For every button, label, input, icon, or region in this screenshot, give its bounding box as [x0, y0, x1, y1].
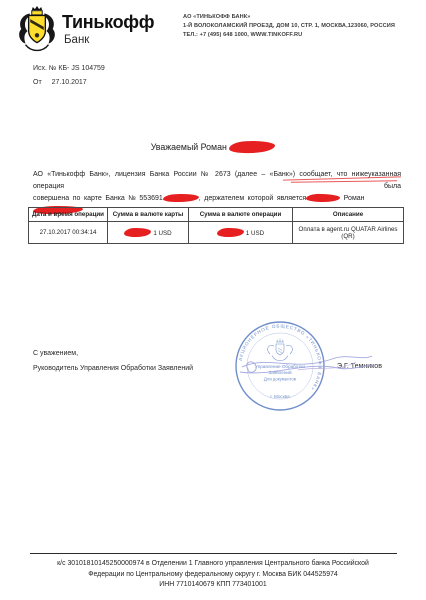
body-line2-seg3: Роман	[340, 195, 364, 202]
greeting-text: Уважаемый Роман	[151, 142, 227, 152]
cell-datetime: 27.10.2017 00:34:14	[29, 222, 108, 244]
bank-address-block: АО «ТИНЬКОФФ БАНК» 1-Й ВОЛОКОЛАМСКИЙ ПРО…	[183, 13, 419, 40]
col-header-datetime: Дата и время операции	[29, 208, 108, 222]
table-row: 27.10.2017 00:34:14 1 USD 1 USD Оплата в…	[29, 222, 404, 244]
footer-line-3: ИНН 7710140679 КПП 773401001	[0, 580, 426, 591]
greeting-line: Уважаемый Роман	[0, 141, 426, 153]
amount-card-value: 1 USD	[153, 230, 171, 237]
handwritten-signature	[238, 346, 378, 386]
ref-date-label: От	[33, 79, 42, 86]
ref-date-value: 27.10.2017	[52, 79, 87, 86]
footer-line-2: Федерации по Центральному федеральному о…	[0, 570, 426, 581]
operation-table: Дата и время операции Сумма в валюте кар…	[28, 207, 404, 244]
ref-date-line: От27.10.2017	[33, 76, 105, 90]
redaction-holder-surname	[306, 194, 340, 203]
cell-amount-card: 1 USD	[108, 222, 189, 244]
address-line-3: ТЕЛ.: +7 (495) 648 1000, WWW.TINKOFF.RU	[183, 31, 419, 40]
col-header-amount-card: Сумма в валюте карты	[108, 208, 189, 222]
tinkoff-crest-logo	[16, 6, 58, 52]
signer-position: Руководитель Управления Обработки Заявле…	[33, 365, 193, 372]
footer-divider	[30, 553, 397, 554]
redaction-amount-card	[124, 228, 151, 237]
stamp-city: г. Москва	[270, 394, 290, 399]
address-line-1: АО «ТИНЬКОФФ БАНК»	[183, 13, 419, 22]
regards-line: С уважением,	[33, 350, 78, 357]
operation-table-head: Дата и время операции Сумма в валюте кар…	[29, 208, 404, 222]
table-header-row: Дата и время операции Сумма в валюте кар…	[29, 208, 404, 222]
amount-operation-value: 1 USD	[246, 230, 264, 237]
footer-line-1: к/с 30101810145250000974 в Отделении 1 Г…	[0, 559, 426, 570]
brand-block: Тинькофф Банк	[62, 12, 154, 46]
col-header-description: Описание	[293, 208, 404, 222]
footer-requisites: к/с 30101810145250000974 в Отделении 1 Г…	[0, 559, 426, 591]
redaction-card-digits	[163, 194, 199, 203]
brand-subtitle: Банк	[64, 34, 154, 46]
brand-title: Тинькофф	[62, 12, 154, 33]
body-line2-seg2: , держателем которой является	[199, 195, 306, 202]
redaction-surname-greeting	[229, 140, 275, 153]
cell-description: Оплата в agent.ru QUATAR Airlines (QR)	[293, 222, 404, 244]
redaction-amount-operation	[217, 228, 244, 237]
col-header-amount-operation: Сумма в валюте операции	[189, 208, 293, 222]
ref-number: Исх. № КБ- JS 104759	[33, 62, 105, 76]
outgoing-ref-block: Исх. № КБ- JS 104759 От27.10.2017	[33, 62, 105, 90]
operation-table-body: 27.10.2017 00:34:14 1 USD 1 USD Оплата в…	[29, 222, 404, 244]
letter-page: Тинькофф Банк АО «ТИНЬКОФФ БАНК» 1-Й ВОЛ…	[0, 0, 426, 600]
body-line2-seg1: совершена по карте Банка № 553691	[33, 195, 163, 202]
address-line-2: 1-Й ВОЛОКОЛАМСКИЙ ПРОЕЗД, ДОМ 10, СТР. 1…	[183, 22, 419, 31]
cell-amount-operation: 1 USD	[189, 222, 293, 244]
